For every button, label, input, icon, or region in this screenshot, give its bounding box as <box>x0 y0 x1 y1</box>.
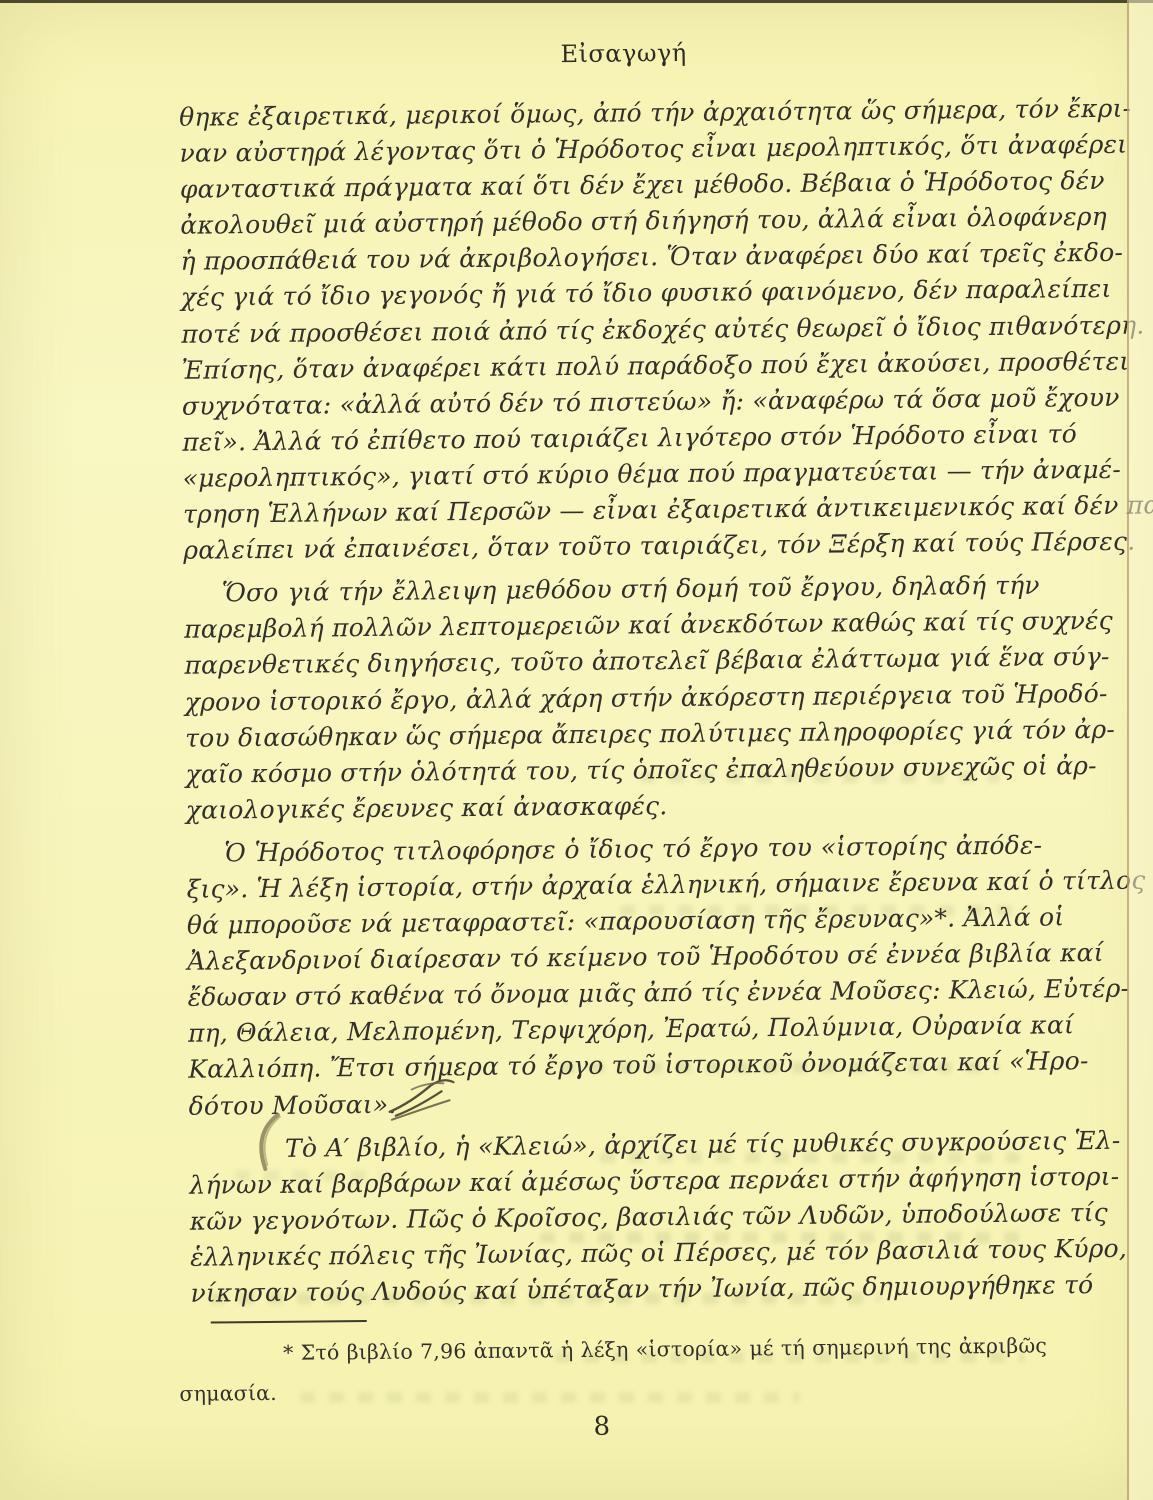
page-content: Εἰσαγωγή θηκε ἐξαιρετικά, μερικοί ὅμως, … <box>0 0 1153 1500</box>
footnote: * Στό βιβλίο 7,96 ἀπαντᾶ ἡ λέξη «ἱστορία… <box>179 1326 1048 1414</box>
chapter-title: Εἰσαγωγή <box>548 39 698 68</box>
page-number: 8 <box>552 1411 652 1442</box>
handwritten-parenthesis-mark <box>250 1111 287 1173</box>
text-line: ραλείπει νά ἐπαινέσει, ὅταν τοῦτο ταιριά… <box>183 525 1039 569</box>
text-line: δότου Μοῦσαι». <box>189 1080 1045 1124</box>
text-line: σημασία. <box>179 1366 1047 1414</box>
paragraph: Τὸ Α′ βιβλίο, ἡ «Κλειώ», ἀρχίζει μέ τίς … <box>189 1123 1047 1312</box>
page-edge-line <box>1127 0 1129 1500</box>
footnote-separator-rule <box>211 1320 367 1323</box>
text-line: νίκησαν τούς Λυδούς καί ὑπέταξαν τήν Ἰων… <box>190 1268 1046 1312</box>
body-text: θηκε ἐξαιρετικά, μερικοί ὅμως, ἀπό τήν ἀ… <box>179 92 1047 1312</box>
paragraph: θηκε ἐξαιρετικά, μερικοί ὅμως, ἀπό τήν ἀ… <box>179 92 1039 569</box>
paragraph: Ὁ Ἡρόδοτος τιτλοφόρησε ὁ ἴδιος τό ἔργο τ… <box>186 827 1045 1124</box>
page-edge-margin <box>1129 0 1153 1500</box>
text-line: * Στό βιβλίο 7,96 ἀπαντᾶ ἡ λέξη «ἱστορία… <box>179 1326 1047 1374</box>
scanned-book-page: Εἰσαγωγή θηκε ἐξαιρετικά, μερικοί ὅμως, … <box>0 0 1153 1500</box>
handwritten-scribble-mark <box>381 1075 465 1124</box>
text-line: χαιολογικές ἔρευνες καί ἀνασκαφές. <box>186 784 1042 828</box>
paragraph: Ὅσο γιά τήν ἔλλειψη μεθόδου στή δομή τοῦ… <box>184 568 1042 829</box>
